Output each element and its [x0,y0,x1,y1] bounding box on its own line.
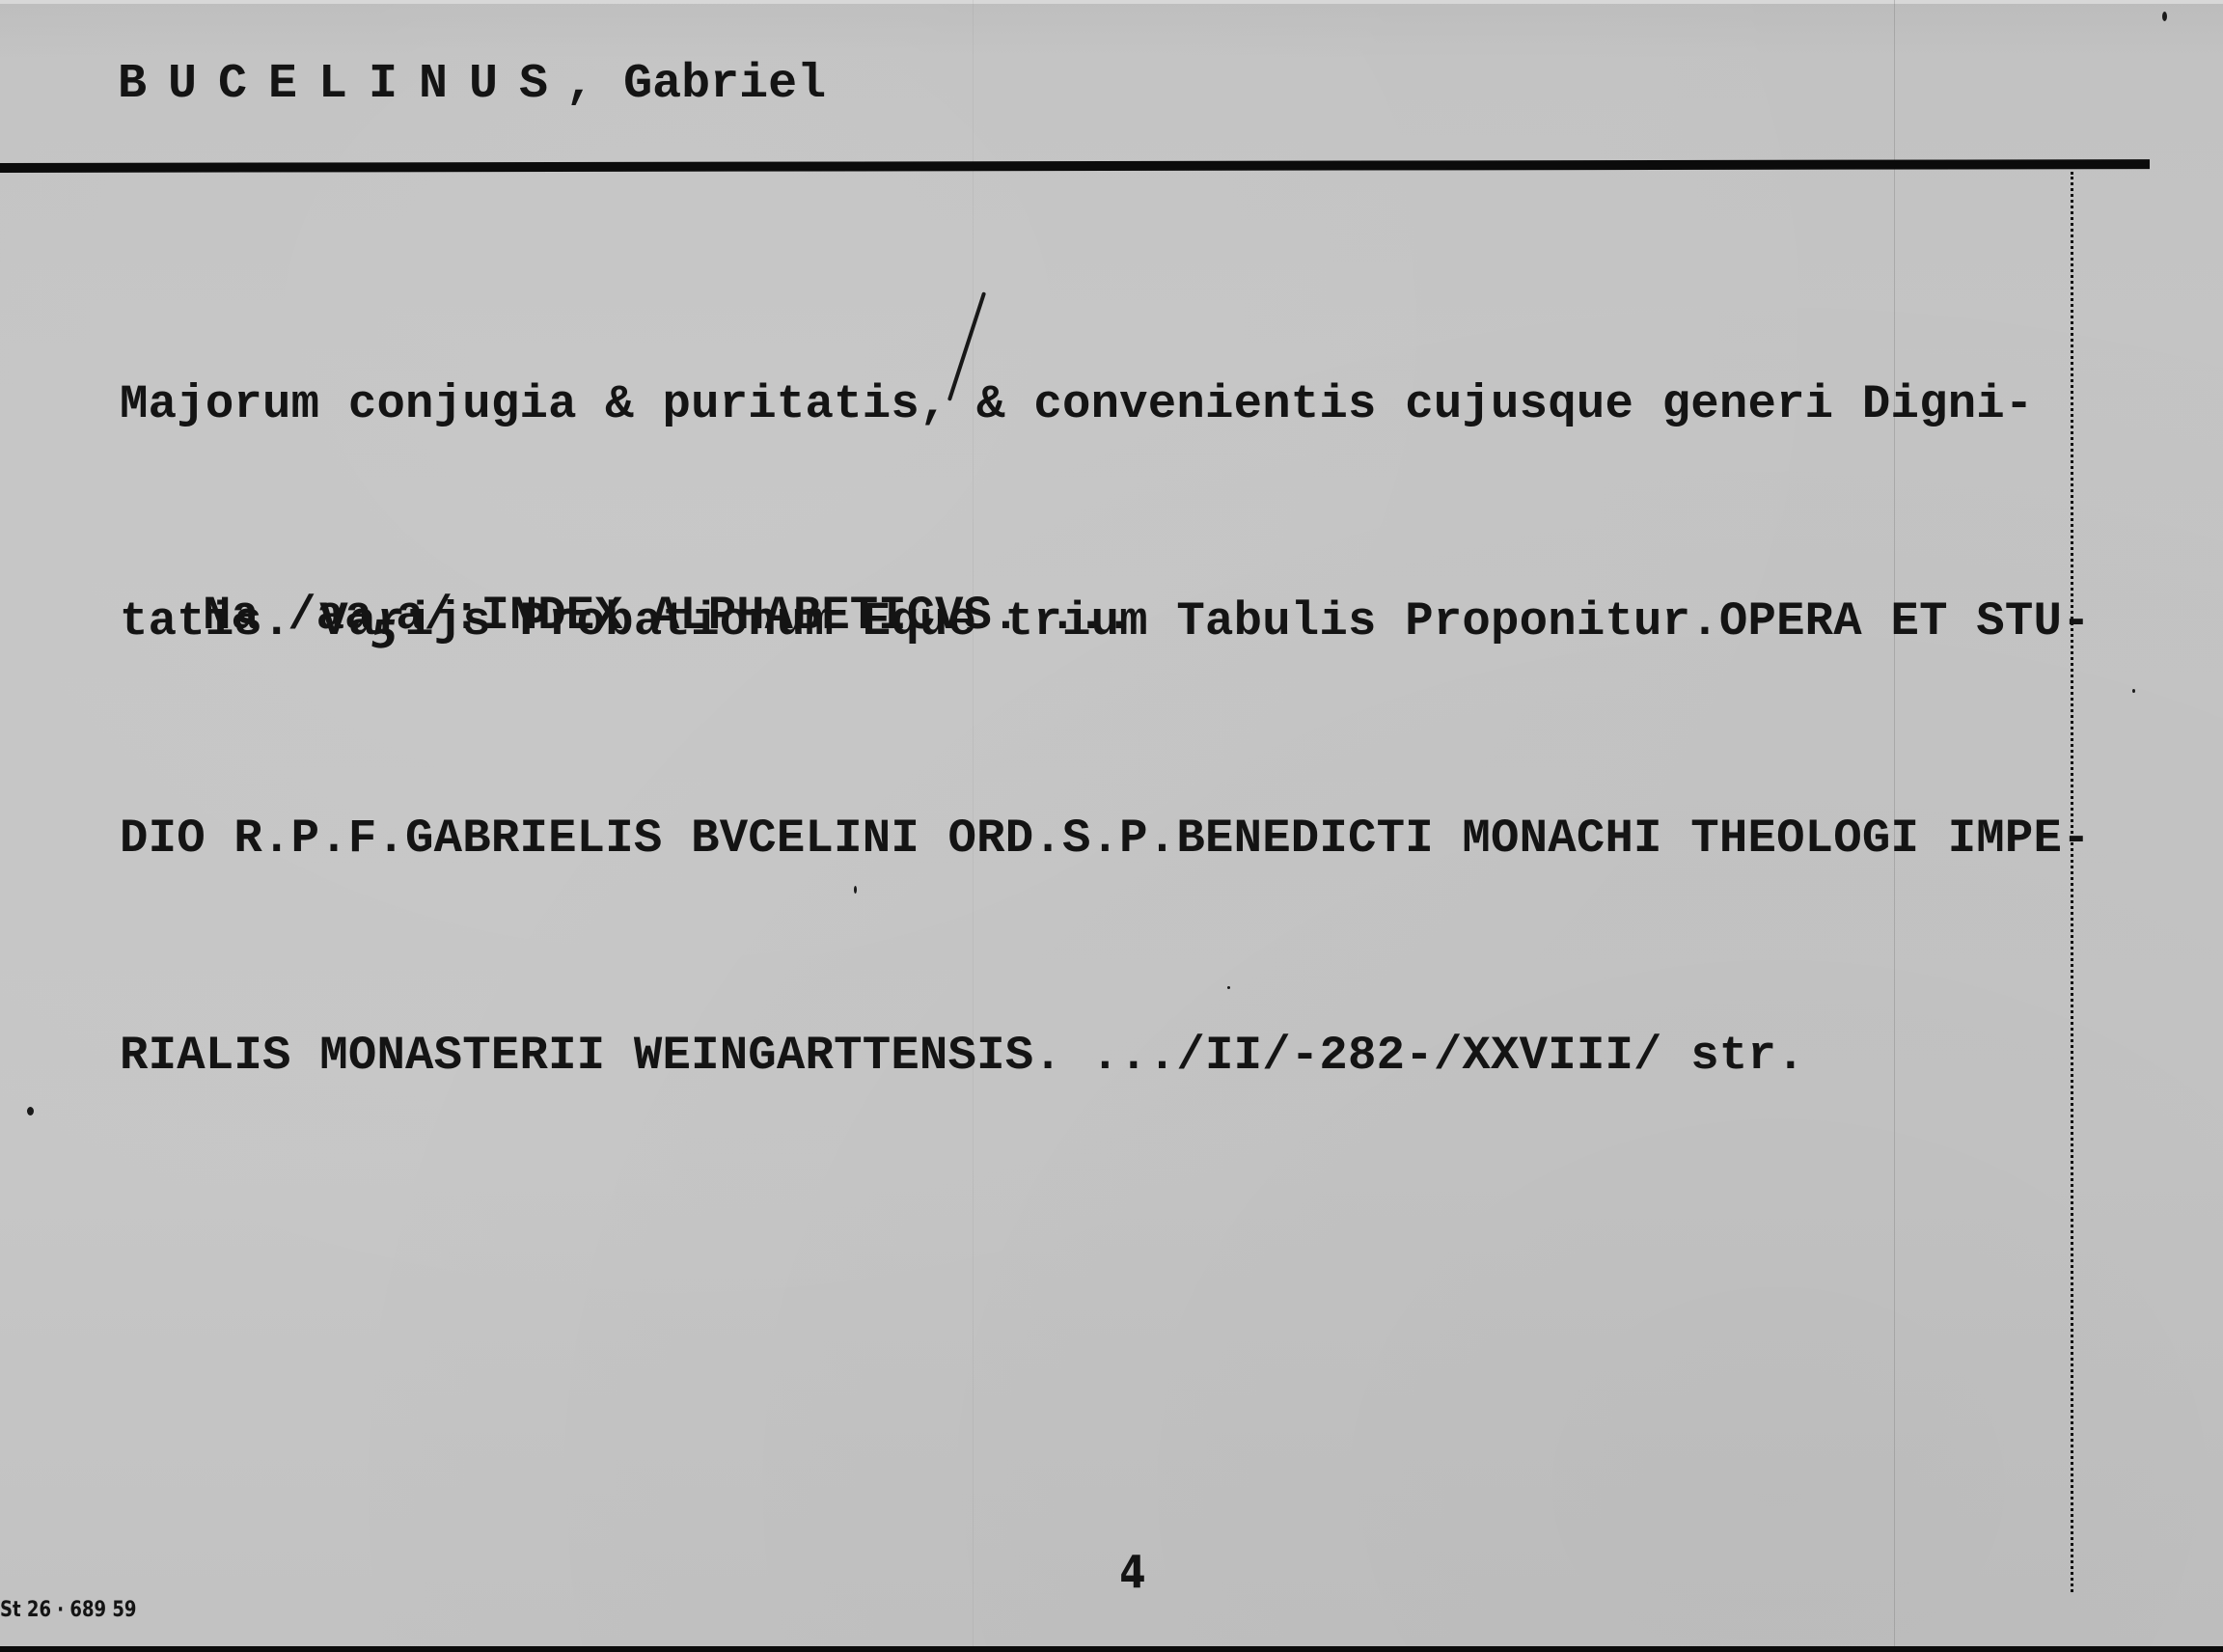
card-bottom-edge [0,1646,2223,1652]
heading-surname: BUCELINUS [118,57,569,112]
note-suffix: a/:INDEX ALPHABETICVS. ... [396,589,1134,643]
heading-rule [0,159,2150,173]
heading-given-name: Gabriel [623,57,826,112]
card-top-edge [0,0,2223,4]
description-line: RIALIS MONASTERII WEINGARTTENSIS. .../II… [120,1020,2091,1092]
card-heading: BUCELINUS, Gabriel [118,56,826,114]
title-description: Majorum conjugia & puritatis, & convenie… [120,224,2091,1237]
paper-speck [27,1107,34,1115]
paper-speck [2162,12,2167,21]
card-sequence-number: 4 [1119,1548,1145,1596]
paper-speck [854,886,857,894]
paper-speck [1227,986,1230,989]
heading-separator: , [565,57,594,112]
contents-note: Na /aa5a/:INDEX ALPHABETICVS. ... [203,587,1134,645]
catalog-card: BUCELINUS, Gabriel Majorum conjugia & pu… [0,0,2223,1652]
note-prefix: Na /aa [203,589,372,643]
description-line: Majorum conjugia & puritatis, & convenie… [120,369,2091,441]
printer-code: St 26 · 689 59 [0,1597,136,1624]
description-line: DIO R.P.F.GABRIELIS BVCELINI ORD.S.P.BEN… [120,803,2091,875]
paper-speck [2132,689,2135,693]
